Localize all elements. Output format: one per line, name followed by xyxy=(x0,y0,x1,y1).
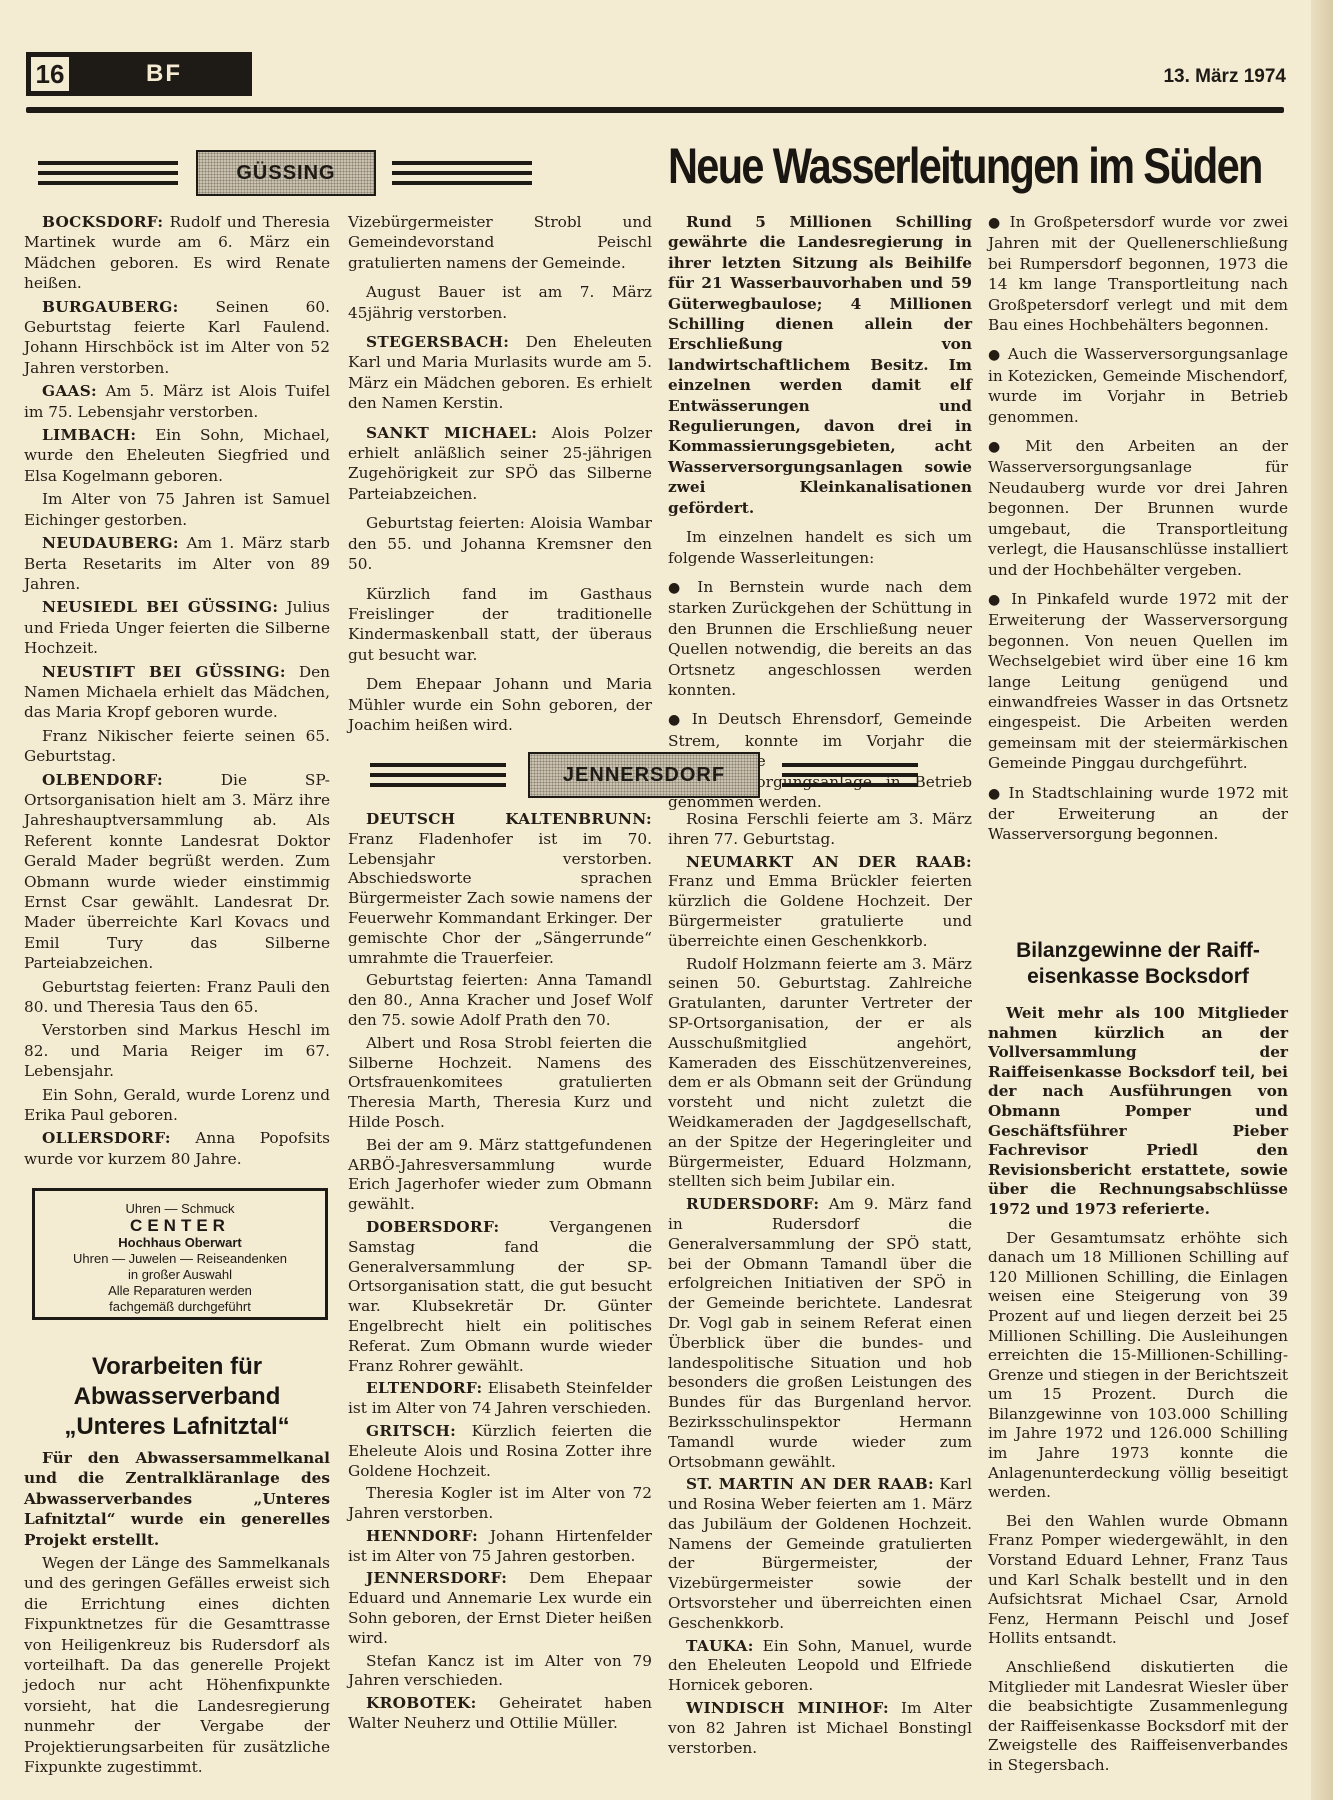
news-item: Albert und Rosa Strobl feierten die Silb… xyxy=(348,1034,652,1133)
news-item: KROBOTEK: Geheiratet haben Walter Neuher… xyxy=(348,1694,652,1734)
news-item: NEUMARKT AN DER RAAB: Franz und Emma Brü… xyxy=(668,853,972,952)
raiffeisen-paragraph: Bei den Wahlen wurde Obmann Franz Pomper… xyxy=(988,1512,1288,1649)
lead-intro: Rund 5 Millionen Schilling gewährte die … xyxy=(668,212,972,518)
bullet-item: Mit den Arbeiten an der Wasserversorgung… xyxy=(988,436,1288,580)
news-item: GRITSCH: Kürzlich feierten die Eheleute … xyxy=(348,1422,652,1481)
decorative-bars-left xyxy=(370,763,506,787)
ad-address: Hochhaus Oberwart xyxy=(35,1235,325,1251)
page-number-box: 16 BF xyxy=(26,52,252,96)
news-item: Dem Ehepaar Johann und Maria Mühler wurd… xyxy=(348,674,652,735)
news-item: OLLERSDORF: Anna Popofsits wurde vor kur… xyxy=(24,1128,330,1169)
raiffeisen-intro: Weit mehr als 100 Mitglieder nahmen kürz… xyxy=(988,1004,1288,1220)
decorative-bars-left xyxy=(38,161,178,185)
bullet-item: In Großpetersdorf wurde vor zwei Jahren … xyxy=(988,212,1288,335)
bullet-item: Auch die Wasserversorgungsanlage in Kote… xyxy=(988,344,1288,427)
decorative-bars-right xyxy=(392,161,532,185)
ad-line: Alle Reparaturen werden xyxy=(35,1283,325,1299)
column-guessing-1: BOCKSDORF: Rudolf und Theresia Martinek … xyxy=(24,212,330,1172)
section-code: BF xyxy=(146,57,182,91)
abwasser-article: Für den Abwassersammelkanal und die Zent… xyxy=(24,1448,330,1781)
raiffeisen-headline: Bilanzgewinne der Raiff- eisenkasse Bock… xyxy=(988,938,1288,990)
page-edge xyxy=(1311,0,1333,1800)
news-item: NEUSTIFT BEI GÜSSING: Den Namen Michaela… xyxy=(24,662,330,723)
abwasser-intro: Für den Abwassersammelkanal und die Zent… xyxy=(24,1448,330,1550)
raiffeisen-paragraph: Der Gesamtumsatz erhöhte sich danach um … xyxy=(988,1229,1288,1503)
news-item: Theresia Kogler ist im Alter von 72 Jahr… xyxy=(348,1484,652,1524)
section-label-guessing: GÜSSING xyxy=(196,150,376,196)
news-item: Franz Nikischer feierte seinen 65. Gebur… xyxy=(24,726,330,767)
news-item: WINDISCH MINIHOF: Im Alter von 82 Jahren… xyxy=(668,1699,972,1758)
abwasser-headline: Vorarbeiten für Abwasserverband „Unteres… xyxy=(24,1352,330,1442)
news-item: RUDERSDORF: Am 9. März fand in Rudersdor… xyxy=(668,1195,972,1472)
news-item: August Bauer ist am 7. März 45jährig ver… xyxy=(348,282,652,323)
news-item: SANKT MICHAEL: Alois Polzer erhielt anlä… xyxy=(348,423,652,505)
news-item: BOCKSDORF: Rudolf und Theresia Martinek … xyxy=(24,212,330,294)
column-jennersdorf-2: Rosina Ferschli feierte am 3. März ihren… xyxy=(668,810,972,1761)
news-item: NEUDAUBERG: Am 1. März starb Berta Reset… xyxy=(24,533,330,594)
lead-paragraph: Im einzelnen handelt es sich um folgende… xyxy=(668,527,972,568)
ad-line: fachgemäß durchgeführt xyxy=(35,1299,325,1315)
lead-story-column-1: Rund 5 Millionen Schilling gewährte die … xyxy=(668,212,972,815)
news-item: Verstorben sind Markus Heschl im 82. und… xyxy=(24,1020,330,1081)
raiffeisen-article: Weit mehr als 100 Mitglieder nahmen kürz… xyxy=(988,1004,1288,1779)
column-guessing-2: Vizebürgermeister Strobl und Gemeindevor… xyxy=(348,212,652,738)
news-item: ELTENDORF: Elisabeth Steinfelder ist im … xyxy=(348,1379,652,1419)
news-item: OLBENDORF: Die SP-Ortsorganisation hielt… xyxy=(24,770,330,974)
bullet-item: In Pinkafeld wurde 1972 mit der Erweiter… xyxy=(988,589,1288,774)
ad-line: in großer Auswahl xyxy=(35,1267,325,1283)
news-item: Vizebürgermeister Strobl und Gemeindevor… xyxy=(348,212,652,273)
news-item: TAUKA: Ein Sohn, Manuel, wurde den Ehele… xyxy=(668,1637,972,1696)
issue-date: 13. März 1974 xyxy=(1163,66,1286,88)
news-item: Ein Sohn, Gerald, wurde Lorenz und Erika… xyxy=(24,1085,330,1126)
news-item: NEUSIEDL BEI GÜSSING: Julius und Frieda … xyxy=(24,597,330,658)
decorative-bars-right xyxy=(782,763,918,787)
lead-headline: Neue Wasserleitungen im Süden xyxy=(668,138,1183,194)
news-item: Im Alter von 75 Jahren ist Samuel Eichin… xyxy=(24,489,330,530)
news-item: Rosina Ferschli feierte am 3. März ihren… xyxy=(668,810,972,850)
news-item: Stefan Kancz ist im Alter von 79 Jahren … xyxy=(348,1652,652,1692)
page-number: 16 xyxy=(31,57,69,91)
news-item: DEUTSCH KALTENBRUNN: Franz Fladenhofer i… xyxy=(348,810,652,968)
section-banner-jennersdorf: JENNERSDORF xyxy=(370,752,918,798)
news-item: GAAS: Am 5. März ist Alois Tuifel im 75.… xyxy=(24,381,330,422)
news-item: Kürzlich fand im Gasthaus Freislinger de… xyxy=(348,584,652,666)
masthead-divider xyxy=(26,107,1284,113)
news-item: HENNDORF: Johann Hirtenfelder ist im Alt… xyxy=(348,1527,652,1567)
news-item: Bei der am 9. März stattgefundenen ARBÖ-… xyxy=(348,1136,652,1215)
news-item: DOBERSDORF: Vergangenen Samstag fand die… xyxy=(348,1218,652,1376)
section-banner-guessing: GÜSSING xyxy=(38,150,532,196)
ad-line: Uhren — Juwelen — Reiseandenken xyxy=(35,1251,325,1267)
news-item: Geburtstag feierten: Anna Tamandl den 80… xyxy=(348,971,652,1030)
bullet-item: In Bernstein wurde nach dem starken Zurü… xyxy=(668,577,972,700)
news-item: ST. MARTIN AN DER RAAB: Karl und Rosina … xyxy=(668,1475,972,1633)
news-item: JENNERSDORF: Dem Ehepaar Eduard und Anne… xyxy=(348,1569,652,1648)
newspaper-page: 16 BF 13. März 1974 GÜSSING Neue Wasserl… xyxy=(0,0,1333,1800)
news-item: Geburtstag feierten: Aloisia Wambar den … xyxy=(348,513,652,574)
news-item: LIMBACH: Ein Sohn, Michael, wurde den Eh… xyxy=(24,425,330,486)
bullet-item: In Stadtschlaining wurde 1972 mit der Er… xyxy=(988,783,1288,845)
news-item: STEGERSBACH: Den Eheleuten Karl und Mari… xyxy=(348,332,652,414)
news-item: BURGAUBERG: Seinen 60. Geburtstag feiert… xyxy=(24,297,330,379)
masthead: 16 BF 13. März 1974 xyxy=(26,52,1286,100)
column-jennersdorf-1: DEUTSCH KALTENBRUNN: Franz Fladenhofer i… xyxy=(348,810,652,1737)
news-item: Rudolf Holzmann feierte am 3. März seine… xyxy=(668,955,972,1193)
raiffeisen-paragraph: Anschließend diskutierten die Mitglieder… xyxy=(988,1658,1288,1776)
ad-brand: CENTER xyxy=(35,1217,325,1235)
lead-story-column-2: In Großpetersdorf wurde vor zwei Jahren … xyxy=(988,212,1288,848)
advertisement-center: Uhren — Schmuck CENTER Hochhaus Oberwart… xyxy=(32,1188,328,1320)
news-item: Geburtstag feierten: Franz Pauli den 80.… xyxy=(24,977,330,1018)
abwasser-body: Wegen der Länge des Sammelkanals und des… xyxy=(24,1553,330,1777)
ad-line: Uhren — Schmuck xyxy=(35,1201,325,1217)
section-label-jennersdorf: JENNERSDORF xyxy=(528,752,760,798)
